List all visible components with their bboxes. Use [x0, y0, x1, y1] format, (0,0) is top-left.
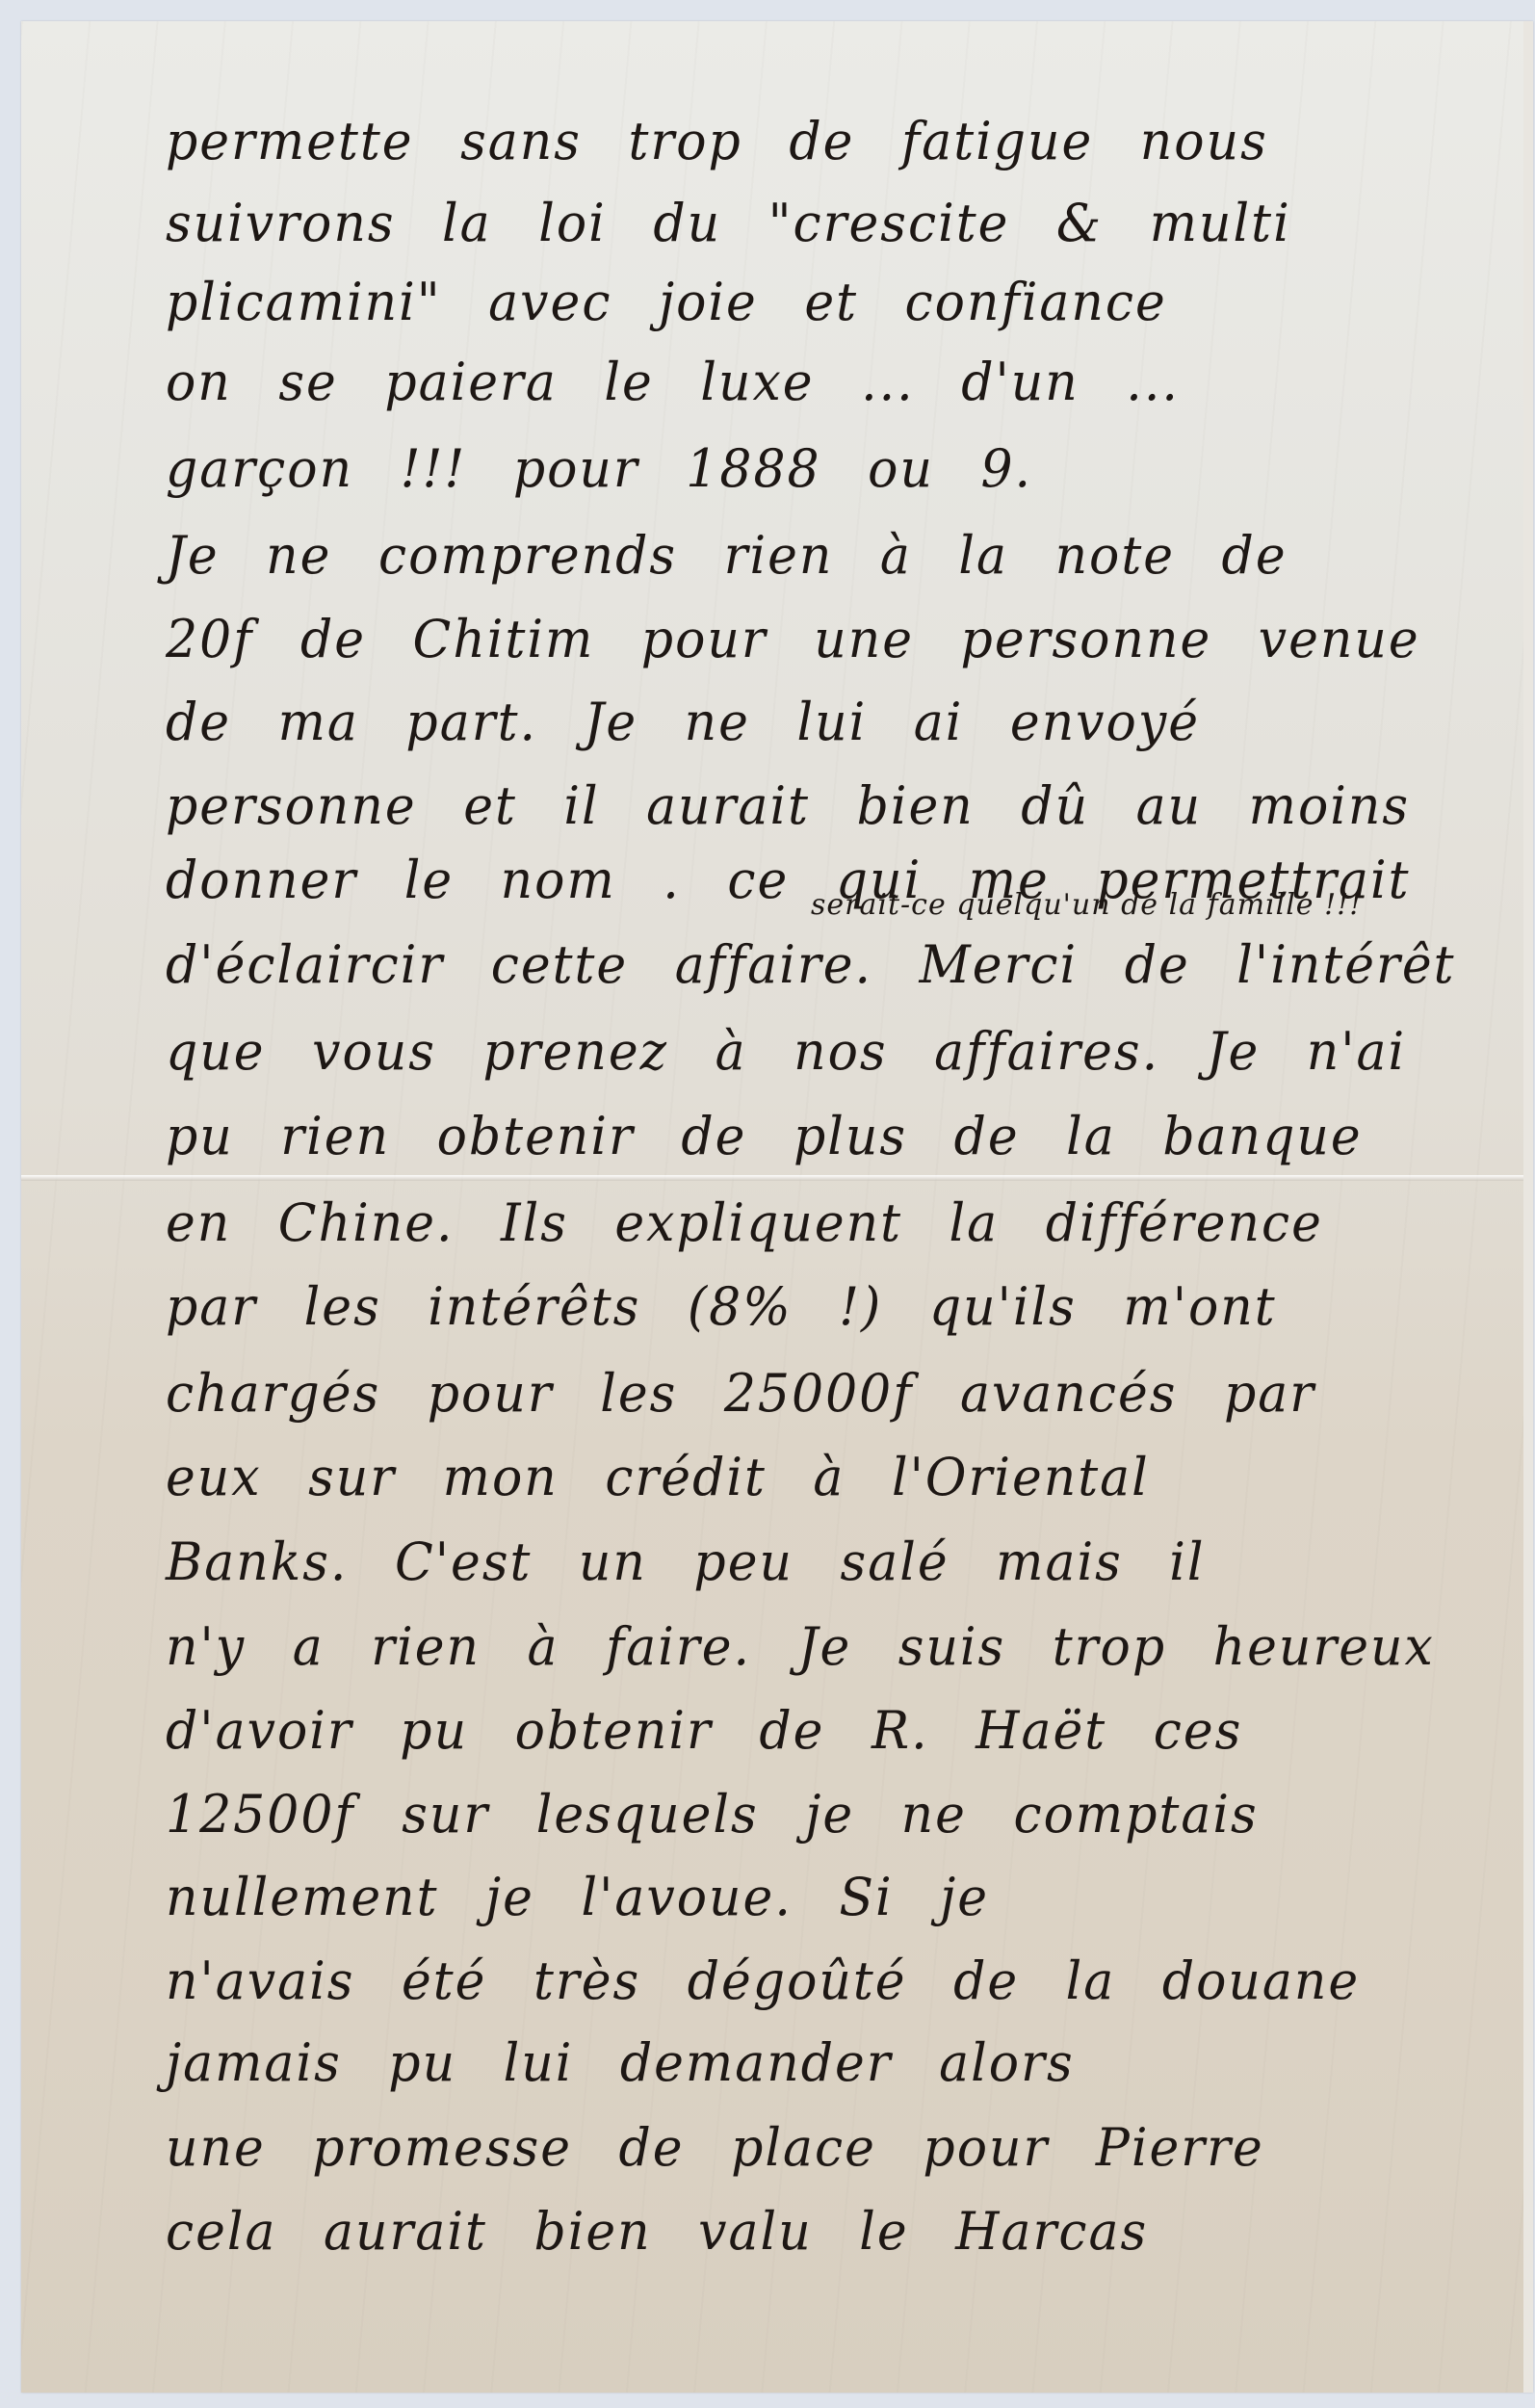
letter-line: Je ne comprends rien à la note de — [166, 526, 1466, 587]
letter-line: 12500f sur lesquels je ne comptais — [166, 1785, 1466, 1845]
letter-line: cela aurait bien valu le Harcas — [166, 2202, 1466, 2263]
letter-line: suivrons la loi du "crescite & multi — [166, 194, 1466, 254]
letter-line: n'y a rien à faire. Je suis trop heureux — [166, 1617, 1466, 1678]
letter-line: jamais pu lui demander alors — [166, 2033, 1466, 2094]
letter-line: une promesse de place pour Pierre — [166, 2118, 1466, 2179]
letter-line: nullement je l'avoue. Si je — [166, 1868, 1466, 1928]
letter-line: chargés pour les 25000f avancés par — [166, 1364, 1466, 1425]
letter-line: que vous prenez à nos affaires. Je n'ai — [166, 1022, 1466, 1083]
letter-line: permette sans trop de fatigue nous — [166, 112, 1466, 172]
letter-line: eux sur mon crédit à l'Oriental — [166, 1448, 1466, 1508]
letter-line: plicamini" avec joie et confiance — [166, 273, 1466, 333]
letter-line: de ma part. Je ne lui ai envoyé — [166, 693, 1466, 753]
letter-line: d'éclaircir cette affaire. Merci de l'in… — [166, 935, 1466, 996]
fold-crease — [21, 1175, 1523, 1181]
letter-line: par les intérêts (8% !) qu'ils m'ont — [166, 1277, 1466, 1338]
interlinear-note: serait-ce quelqu'un de la famille !!! — [811, 888, 1362, 922]
letter-line: d'avoir pu obtenir de R. Haët ces — [166, 1701, 1466, 1762]
letter-line: Banks. C'est un peu salé mais il — [166, 1532, 1466, 1593]
letter-page: permette sans trop de fatigue nous suivr… — [21, 21, 1533, 2393]
letter-line: n'avais été très dégoûté de la douane — [166, 1951, 1466, 2012]
letter-line: en Chine. Ils expliquent la différence — [166, 1193, 1466, 1254]
letter-line: garçon !!! pour 1888 ou 9. — [166, 439, 1466, 500]
letter-line: on se paiera le luxe ... d'un ... — [166, 353, 1466, 413]
letter-line: 20f de Chitim pour une personne venue — [166, 610, 1466, 670]
letter-line: personne et il aurait bien dû au moins — [166, 776, 1466, 837]
letter-line: pu rien obtenir de plus de la banque — [166, 1107, 1466, 1167]
